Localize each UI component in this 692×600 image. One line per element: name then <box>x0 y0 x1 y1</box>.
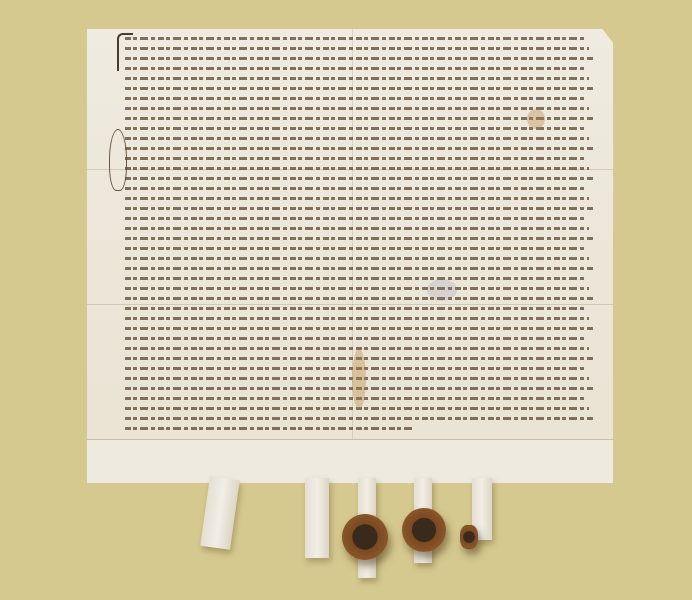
script-line <box>125 237 593 240</box>
wax-seal <box>402 508 446 552</box>
stain <box>527 109 545 129</box>
seal-fragment <box>460 525 478 549</box>
script-line <box>125 157 584 160</box>
script-line <box>125 177 593 180</box>
script-line <box>125 317 589 320</box>
wax-seal <box>342 514 388 560</box>
script-line <box>125 307 584 310</box>
stain <box>352 349 366 409</box>
script-line <box>125 207 593 210</box>
script-line <box>125 297 593 300</box>
parchment-charter <box>87 29 613 483</box>
script-line <box>125 107 589 110</box>
script-line <box>125 77 589 80</box>
seal-tag <box>200 476 239 549</box>
script-line <box>125 247 584 250</box>
script-line <box>125 417 593 420</box>
seal-tag <box>305 478 329 558</box>
script-line <box>125 127 584 130</box>
plica-fold <box>87 439 613 483</box>
script-line <box>125 117 593 120</box>
script-line <box>125 217 584 220</box>
script-line <box>125 277 584 280</box>
script-line <box>125 427 412 430</box>
script-line <box>125 47 589 50</box>
script-line <box>125 227 589 230</box>
script-line <box>125 37 584 40</box>
script-line <box>125 67 584 70</box>
script-line <box>125 197 589 200</box>
script-line <box>125 287 589 290</box>
script-line <box>125 267 593 270</box>
script-line <box>125 187 584 190</box>
script-line <box>125 337 584 340</box>
script-line <box>125 167 589 170</box>
script-line <box>125 137 589 140</box>
script-line <box>125 147 593 150</box>
script-line <box>125 327 593 330</box>
script-line <box>125 87 593 90</box>
script-line <box>125 257 589 260</box>
script-line <box>125 57 593 60</box>
stain <box>427 279 457 301</box>
script-line <box>125 97 584 100</box>
